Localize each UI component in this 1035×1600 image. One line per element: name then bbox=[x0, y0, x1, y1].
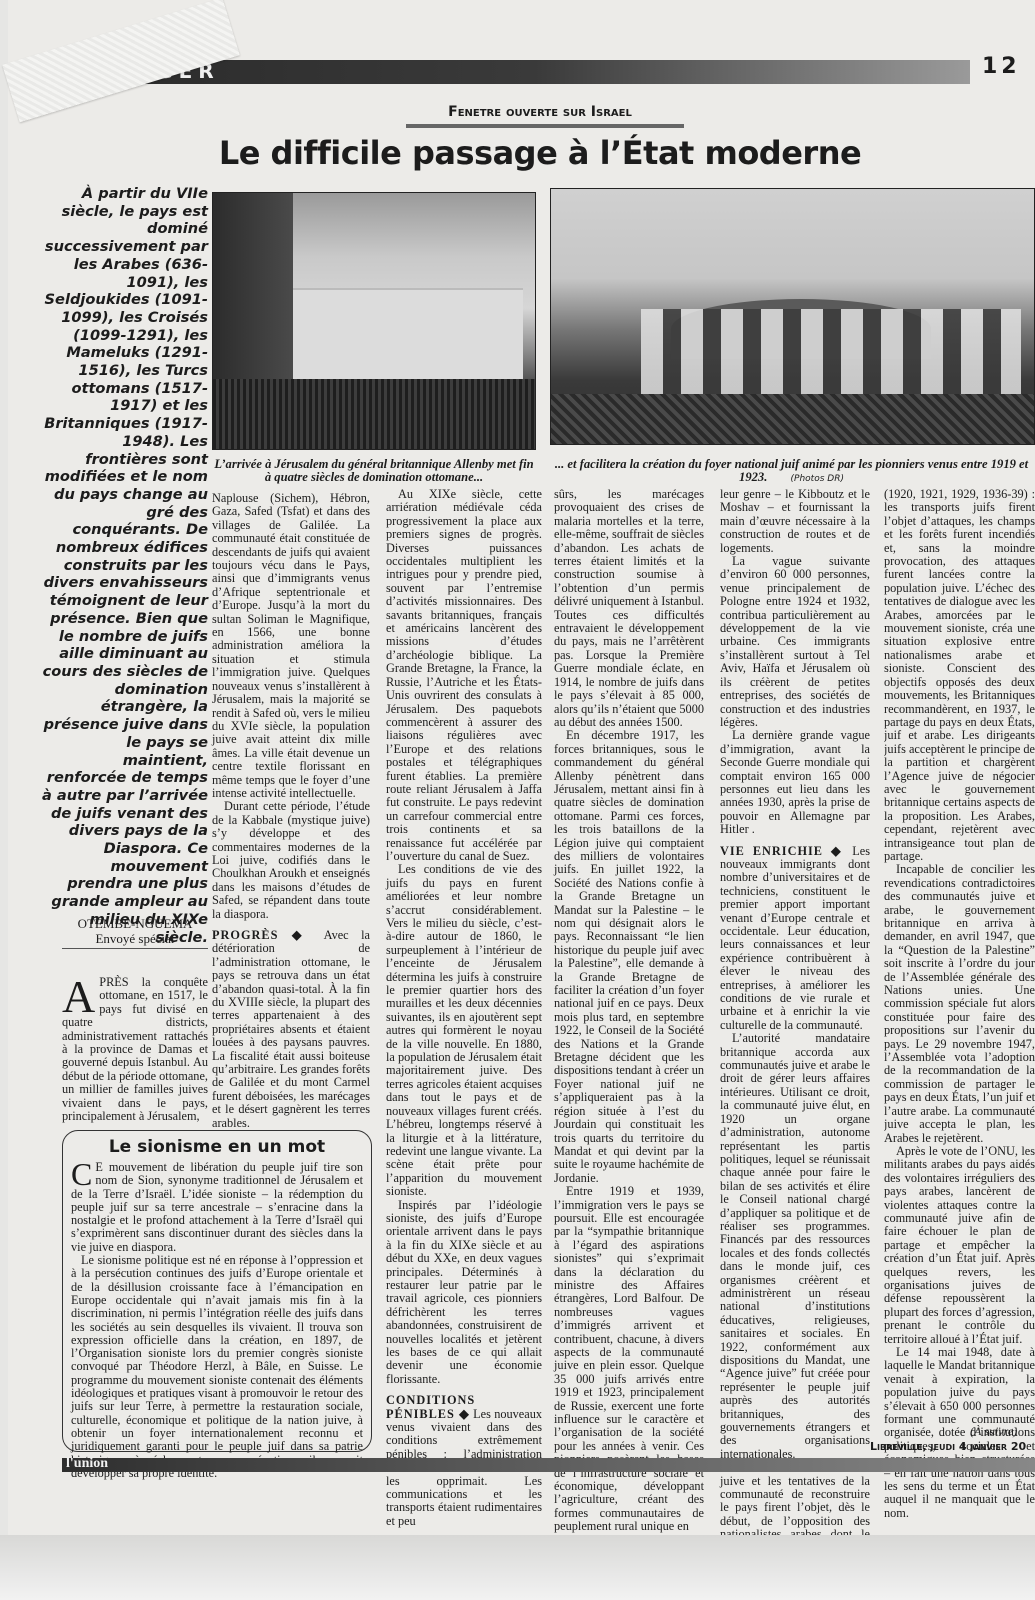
byline: OTEMBE-NGUEMA Envoyé spécial bbox=[62, 916, 208, 949]
photo-caption-right: ... et facilitera la création du foyer n… bbox=[548, 458, 1035, 486]
headline: Le difficile passage à l’État moderne bbox=[200, 134, 880, 172]
paragraph: L’autorité mandataire britannique accord… bbox=[720, 1032, 870, 1461]
paragraph: Les conditions de vie des juifs du pays … bbox=[386, 863, 542, 1198]
section-banner bbox=[100, 60, 970, 84]
subheading: VIE ENRICHIE ◆ bbox=[720, 844, 845, 858]
subheading: PROGRÈS ◆ bbox=[212, 928, 312, 942]
photo-field bbox=[551, 394, 1034, 444]
article-column-4: sûrs, les marécages provoquaient des cri… bbox=[554, 488, 704, 1534]
paragraph: VIE ENRICHIE ◆ Les nouveaux immigrants d… bbox=[720, 845, 870, 1033]
kicker: Fenetre ouverte sur Israel bbox=[405, 104, 675, 120]
paragraph: leur genre – le Kibboutz et le Moshav – … bbox=[720, 488, 870, 555]
paragraph: En décembre 1917, les forces britannique… bbox=[554, 729, 704, 1185]
paragraph: (1920, 1921, 1929, 1936-39) : les transp… bbox=[884, 488, 1035, 863]
sidebar-box-body: CE mouvement de libération du peuple jui… bbox=[71, 1161, 363, 1480]
paragraph: Naplouse (Sichem), Hébron, Gaza, Safed (… bbox=[212, 492, 370, 800]
kicker-rule bbox=[406, 124, 684, 128]
article-column-3: Au XIXe siècle, cette arriération médiév… bbox=[386, 488, 542, 1528]
paragraph: Entre 1919 et 1939, l’immigration vers l… bbox=[554, 1185, 704, 1534]
paragraph-text: Les nouveaux immigrants dont nombre d’un… bbox=[720, 844, 870, 1032]
dropcap: C bbox=[71, 1161, 92, 1187]
footer-banner bbox=[62, 1458, 1035, 1472]
lead-paragraph: À partir du VIIe siècle, le pays est dom… bbox=[42, 185, 208, 946]
article-column-6: (1920, 1921, 1929, 1936-39) : les transp… bbox=[884, 488, 1035, 1520]
paragraph-text: Avec la détérioration de l’administratio… bbox=[212, 928, 370, 1130]
photo-credit: (Photos DR) bbox=[791, 474, 844, 484]
paragraph: La vague suivante d’environ 60 000 perso… bbox=[720, 555, 870, 729]
photo-caption-left: L’arrivée à Jérusalem du général britann… bbox=[212, 458, 536, 484]
subheading: CONDITIONS PÉNIBLES ◆ bbox=[386, 1393, 475, 1420]
paragraph: CE mouvement de libération du peuple jui… bbox=[71, 1161, 363, 1254]
article-column-1: APRÈS la conquête ottomane, en 1517, le … bbox=[62, 976, 208, 1123]
sidebar-box-title: Le sionisme en un mot bbox=[71, 1137, 363, 1157]
article-column-5: leur genre – le Kibboutz et le Moshav – … bbox=[720, 488, 870, 1569]
paragraph: APRÈS la conquête ottomane, en 1517, le … bbox=[62, 976, 208, 1123]
paragraph: sûrs, les marécages provoquaient des cri… bbox=[554, 488, 704, 729]
paragraph: Inspirés par l’idéologie sioniste, des j… bbox=[386, 1199, 542, 1387]
paragraph: PROGRÈS ◆ Avec la détérioration de l’adm… bbox=[212, 929, 370, 1130]
paragraph-text: E mouvement de libération du peuple juif… bbox=[71, 1160, 363, 1254]
byline-role: Envoyé spécial bbox=[62, 931, 208, 946]
paragraph: Durant cette période, l’étude de la Kabb… bbox=[212, 800, 370, 921]
paragraph: Incapable de concilier les revendication… bbox=[884, 863, 1035, 1145]
photo-group bbox=[641, 309, 1021, 399]
photo-crowd bbox=[213, 379, 535, 449]
page-number: 12 bbox=[982, 54, 1021, 79]
photo-allenby-jerusalem bbox=[212, 192, 536, 450]
paragraph: La dernière grande vague d’immigration, … bbox=[720, 729, 870, 836]
article-column-2: Naplouse (Sichem), Hébron, Gaza, Safed (… bbox=[212, 492, 370, 1130]
page-bottom-margin bbox=[0, 1535, 1035, 1600]
paragraph: Le sionisme politique est né en réponse … bbox=[71, 1254, 363, 1480]
paragraph: Au XIXe siècle, cette arriération médiév… bbox=[386, 488, 542, 863]
photo-pioneers bbox=[550, 188, 1035, 445]
to-be-continued: (À suivre) bbox=[970, 1424, 1017, 1439]
dropcap: A bbox=[62, 978, 95, 1016]
photo-building bbox=[293, 288, 523, 383]
sidebar-box-zionism: Le sionisme en un mot CE mouvement de li… bbox=[62, 1130, 372, 1452]
byline-author: OTEMBE-NGUEMA bbox=[62, 916, 208, 931]
newspaper-logo: l'union bbox=[66, 1456, 108, 1472]
paragraph: Après le vote de l’ONU, les militants ar… bbox=[884, 1145, 1035, 1346]
dateline: Libreville, jeudi 4 janvier 20 bbox=[870, 1440, 1026, 1453]
